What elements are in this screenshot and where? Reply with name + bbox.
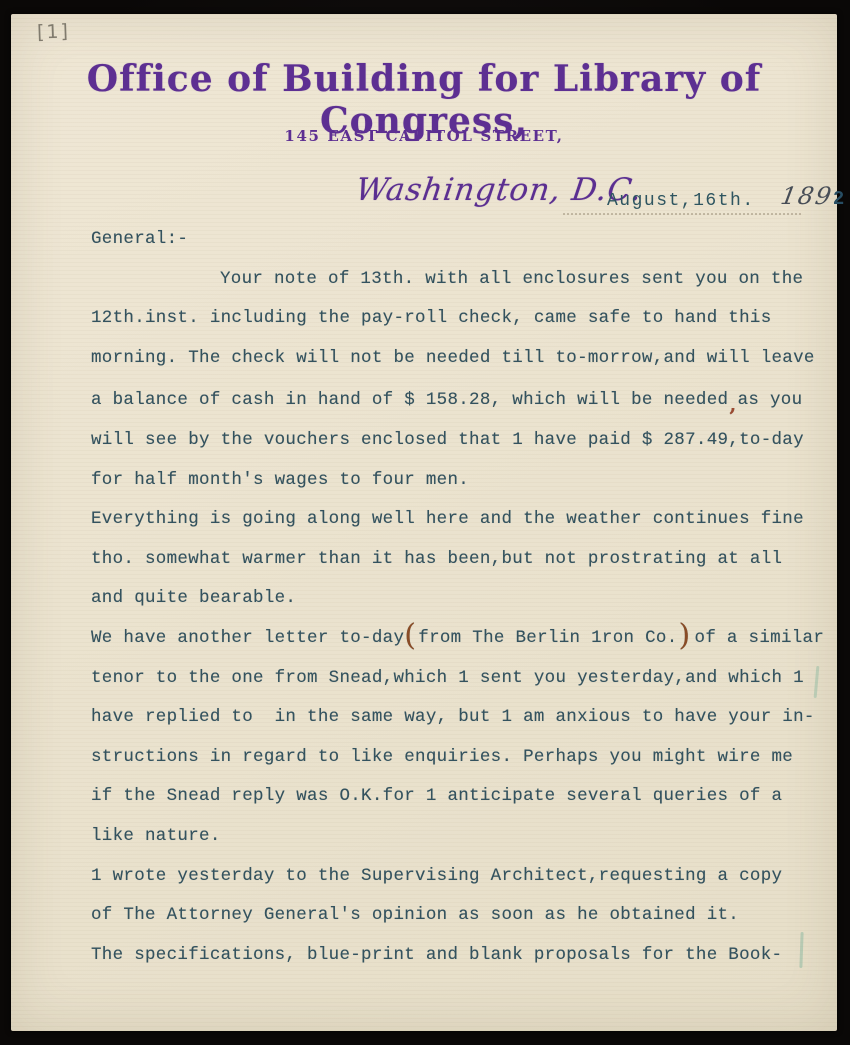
dateline-city-script: Washington, D.C. [353, 172, 644, 208]
letterhead-address: 145 EAST CAPITOL STREET, [11, 127, 837, 145]
handwritten-open-paren: ( [404, 618, 416, 653]
scan-background: [1] Office of Building for Library of Co… [0, 0, 850, 1045]
handwritten-close-paren: ) [679, 618, 691, 653]
body-line: morning. The check will not be needed ti… [91, 339, 827, 379]
body-line: structions in regard to like enquiries. … [91, 738, 827, 778]
year-preprinted-189: 189 [779, 182, 836, 210]
body-line: tenor to the one from Snead,which 1 sent… [91, 659, 827, 699]
body-line: 1 wrote yesterday to the Supervising Arc… [91, 857, 827, 897]
line-text: of a similar [695, 628, 825, 648]
body-line: and quite bearable. [91, 579, 827, 619]
body-line: for half month's wages to four men. [91, 461, 827, 501]
body-line-with-inserted-comma: a balance of cash in hand of $ 158.28, w… [91, 378, 827, 421]
year-typed-digit: 2 [833, 188, 844, 210]
pencil-page-number-annotation: [1] [37, 20, 71, 43]
body-line: Your note of 13th. with all enclosures s… [91, 260, 827, 300]
body-line: will see by the vouchers enclosed that 1… [91, 421, 827, 461]
body-line: Everything is going along well here and … [91, 500, 827, 540]
body-line: tho. somewhat warmer than it has been,bu… [91, 540, 827, 580]
dateline-typed-date: August,16th. [607, 191, 755, 211]
letter-body: General:- Your note of 13th. with all en… [91, 220, 827, 975]
body-line: The specifications, blue-print and blank… [91, 936, 827, 976]
handwritten-comma: , [729, 392, 736, 416]
body-line: have replied to in the same way, but 1 a… [91, 698, 827, 738]
line-text: We have another letter to-day [91, 628, 404, 648]
line-text: from The Berlin 1ron Co. [418, 628, 677, 648]
letter-page: [1] Office of Building for Library of Co… [11, 14, 837, 1031]
body-line: 12th.inst. including the pay-roll check,… [91, 299, 827, 339]
salutation: General:- [91, 220, 827, 260]
body-line: of The Attorney General's opinion as soo… [91, 896, 827, 936]
body-line: like nature. [91, 817, 827, 857]
line-text: as you [738, 390, 803, 410]
line-text: a balance of cash in hand of $ 158.28, w… [91, 390, 728, 410]
body-line-with-handwritten-parens: We have another letter to-day(from The B… [91, 619, 827, 659]
body-line: if the Snead reply was O.K.for 1 anticip… [91, 777, 827, 817]
dateline-year: 1892 [781, 182, 844, 210]
